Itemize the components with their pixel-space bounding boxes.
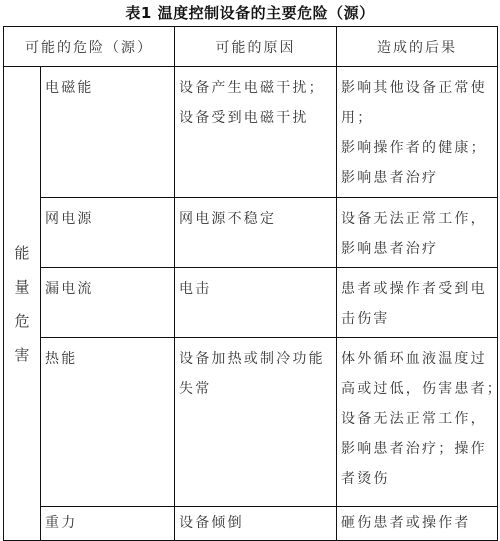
table-row: 重力 设备倾倒 砸伤患者或操作者 — [4, 507, 498, 541]
cause-cell: 电击 — [175, 268, 337, 338]
hazard-cell: 热能 — [41, 338, 175, 507]
table-row: 能量危害 电磁能 设备产生电磁干扰； 设备受到电磁干扰 影响其他设备正常使 用；… — [4, 67, 498, 198]
effect-cell: 体外循环血液温度过 高或过低，伤害患者； 设备无法正常工作， 影响患者治疗；操作… — [337, 338, 498, 507]
hazard-table: 可能的危险（源） 可能的原因 造成的后果 能量危害 电磁能 设备产生电磁干扰； … — [3, 26, 498, 541]
cause-cell: 设备产生电磁干扰； 设备受到电磁干扰 — [175, 67, 337, 198]
cause-cell: 网电源不稳定 — [175, 198, 337, 268]
header-cause: 可能的原因 — [175, 27, 337, 67]
effect-cell: 影响其他设备正常使 用； 影响操作者的健康； 影响患者治疗 — [337, 67, 498, 198]
header-hazard: 可能的危险（源） — [4, 27, 175, 67]
category-cell: 能量危害 — [4, 67, 41, 541]
table-caption: 表1 温度控制设备的主要危险（源） — [0, 2, 500, 23]
hazard-cell: 漏电流 — [41, 268, 175, 338]
header-effect: 造成的后果 — [337, 27, 498, 67]
effect-cell: 设备无法正常工作， 影响患者治疗 — [337, 198, 498, 268]
effect-cell: 砸伤患者或操作者 — [337, 507, 498, 541]
cause-cell: 设备加热或制冷功能 失常 — [175, 338, 337, 507]
hazard-cell: 网电源 — [41, 198, 175, 268]
effect-cell: 患者或操作者受到电 击伤害 — [337, 268, 498, 338]
header-row: 可能的危险（源） 可能的原因 造成的后果 — [4, 27, 498, 67]
table-row: 网电源 网电源不稳定 设备无法正常工作， 影响患者治疗 — [4, 198, 498, 268]
hazard-cell: 电磁能 — [41, 67, 175, 198]
table-row: 热能 设备加热或制冷功能 失常 体外循环血液温度过 高或过低，伤害患者； 设备无… — [4, 338, 498, 507]
category-label: 能量危害 — [14, 236, 30, 372]
cause-cell: 设备倾倒 — [175, 507, 337, 541]
hazard-cell: 重力 — [41, 507, 175, 541]
table-row: 漏电流 电击 患者或操作者受到电 击伤害 — [4, 268, 498, 338]
